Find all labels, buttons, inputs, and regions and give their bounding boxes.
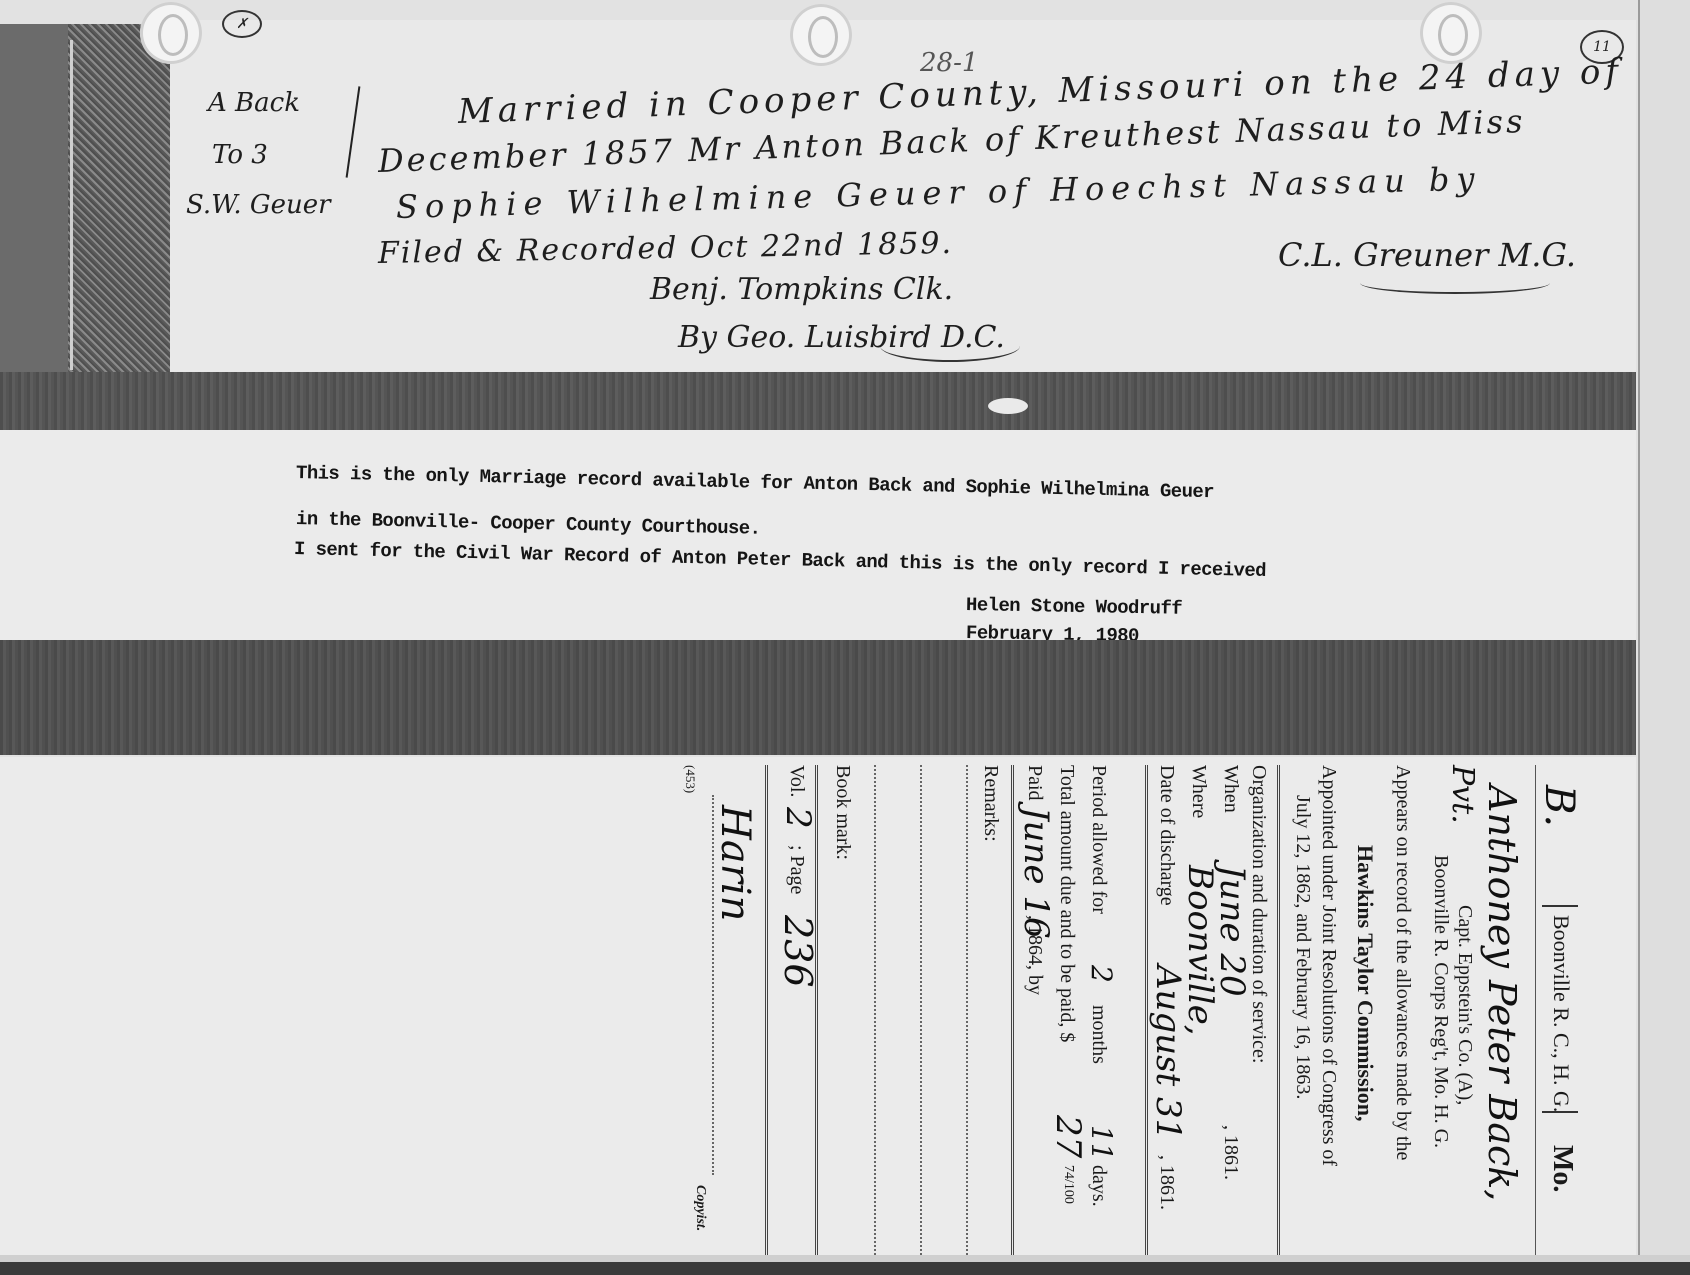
page-label: ; Page: [785, 845, 808, 894]
total-cents: 74/100: [1060, 1165, 1076, 1204]
right-margin: [1638, 0, 1690, 1275]
card-rule: [765, 765, 768, 1255]
remarks-label: Remarks:: [979, 765, 1002, 842]
typed-note: [0, 430, 1636, 640]
discharge-year: , 1861.: [1155, 1155, 1178, 1210]
copyist-signature: Harin: [712, 805, 758, 921]
dark-band: [0, 640, 1636, 755]
commission-name: Hawkins Taylor Commission,: [1352, 845, 1378, 1122]
dark-band: [0, 372, 1636, 434]
margin-note-line: A Back: [208, 88, 300, 118]
months-label: months: [1087, 1005, 1110, 1064]
remarks-line: [874, 765, 876, 1255]
binding-edge: [0, 24, 68, 372]
card-rule: [1277, 765, 1280, 1255]
vol-label: Vol.: [785, 765, 808, 797]
discharge-value: August 31: [1148, 965, 1188, 1140]
when-year: , 1861.: [1219, 1125, 1242, 1180]
copyist-line: [712, 795, 714, 1175]
punch-hole-icon: [790, 4, 852, 66]
header-divider: [1542, 1111, 1578, 1113]
days-label: days.: [1087, 1165, 1110, 1207]
appears-text: Appears on record of the allowances made…: [1391, 765, 1414, 1160]
card-rule: [815, 765, 818, 1255]
scan-edge: [0, 1255, 1690, 1262]
officiant-signature: C.L. Greuner M.G.: [1278, 236, 1576, 274]
spine-line: [70, 40, 73, 370]
paid-year: , 1864, by: [1023, 915, 1046, 995]
clerk-signature: Benj. Tompkins Clk.: [650, 272, 953, 307]
copyist-label: Copyist.: [692, 1185, 708, 1231]
punch-hole-icon: [1420, 2, 1482, 64]
state-label: Mo.: [1546, 1145, 1578, 1192]
band-blemish: [988, 398, 1028, 414]
punch-hole-icon: [140, 2, 202, 64]
vol-value: 2: [778, 807, 818, 829]
company-label: Capt. Eppstein's Co. (A),: [1453, 905, 1476, 1105]
binding-spine: [68, 24, 176, 372]
header-divider: [1542, 905, 1578, 907]
card-rule: [1011, 765, 1014, 1255]
service-record-card-lower: Period allowed for 2 months 11 days. Tot…: [0, 765, 1118, 1255]
period-months: 2: [1085, 965, 1118, 983]
total-label: Total amount due and to be paid, $: [1055, 765, 1078, 1042]
card-rule: [1145, 765, 1148, 1255]
appointed-text: Appointed under Joint Resolutions of Con…: [1317, 765, 1340, 1166]
soldier-name: Anthoney Peter Back,: [1480, 785, 1524, 1201]
signature-flourish: [1360, 272, 1550, 294]
card-rule: [1535, 765, 1536, 1255]
soldier-rank: Pvt.: [1445, 765, 1480, 824]
paid-label: Paid: [1023, 765, 1046, 801]
bookmark-label: Book mark:: [831, 765, 854, 860]
signature-flourish: [880, 330, 1020, 362]
discharge-label: Date of discharge: [1155, 765, 1178, 906]
remarks-line: [966, 765, 968, 1255]
when-label: When: [1219, 765, 1242, 813]
unit-header: Boonville R. C., H. G.: [1548, 915, 1574, 1112]
period-days: 11: [1085, 1125, 1118, 1161]
appointed-text: July 12, 1862, and February 16, 1863.: [1291, 795, 1314, 1099]
margin-note-line: To 3: [212, 140, 268, 170]
note-author: Helen Stone Woodruff: [966, 594, 1182, 620]
scan-bottom-border: [0, 1262, 1690, 1275]
where-label: Where: [1187, 765, 1210, 818]
page-value: 236: [776, 915, 820, 988]
regiment-label: Boonville R. Corps Reg't, Mo. H. G.: [1429, 855, 1452, 1148]
circled-mark: ✗: [222, 10, 262, 38]
remarks-line: [920, 765, 922, 1255]
margin-note-line: S.W. Geuer: [186, 190, 331, 220]
total-value: 27: [1048, 1115, 1088, 1158]
card-initial: B.: [1536, 785, 1582, 827]
form-number: (453): [682, 765, 698, 793]
period-label: Period allowed for: [1087, 765, 1110, 914]
